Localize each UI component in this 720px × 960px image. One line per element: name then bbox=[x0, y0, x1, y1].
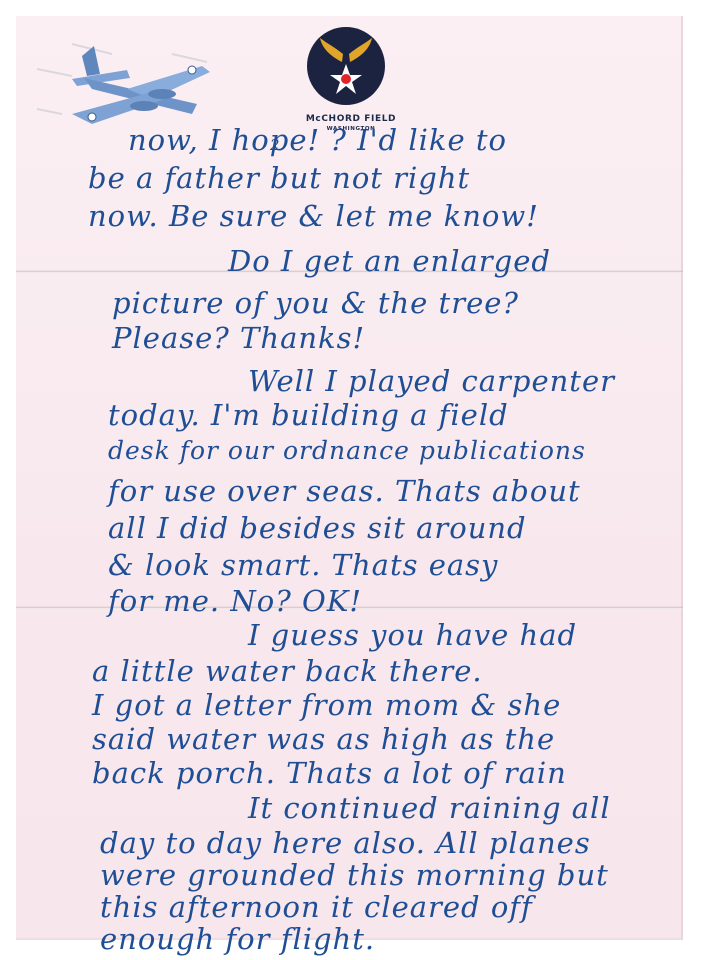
handwritten-line: picture of you & the tree? bbox=[112, 286, 519, 320]
handwritten-line: today. I'm building a field bbox=[108, 398, 509, 432]
handwritten-line: for me. No? OK! bbox=[108, 584, 362, 618]
handwritten-line: day to day here also. All planes bbox=[100, 826, 591, 860]
handwritten-line: a little water back there. bbox=[92, 654, 483, 688]
handwritten-line: Please? Thanks! bbox=[112, 321, 365, 355]
b17-bomber-icon bbox=[32, 34, 222, 129]
air-forces-emblem-icon bbox=[306, 26, 386, 106]
handwritten-line: I got a letter from mom & she bbox=[92, 688, 561, 722]
handwritten-line: this afternoon it cleared off bbox=[100, 890, 533, 924]
handwritten-line: It continued raining all bbox=[248, 791, 611, 825]
handwritten-line: back porch. Thats a lot of rain bbox=[92, 756, 567, 790]
handwritten-line: for use over seas. Thats about bbox=[108, 474, 581, 508]
handwritten-line: enough for flight. bbox=[100, 922, 375, 956]
handwritten-line: I guess you have had bbox=[248, 618, 577, 652]
handwritten-line: said water was as high as the bbox=[92, 722, 555, 756]
letter-paper: McCHORD FIELD WASHINGTON 2. now, I hope!… bbox=[16, 16, 683, 940]
handwritten-line: were grounded this morning but bbox=[100, 858, 609, 892]
handwritten-line: now. Be sure & let me know! bbox=[88, 199, 539, 233]
handwritten-line: & look smart. Thats easy bbox=[108, 548, 498, 582]
handwritten-line: Well I played carpenter bbox=[248, 364, 615, 398]
handwritten-line: now, I hope! ? I'd like to bbox=[128, 123, 507, 157]
handwritten-line: desk for our ordnance publications bbox=[108, 436, 586, 465]
handwritten-line: all I did besides sit around bbox=[108, 511, 527, 545]
handwritten-line: be a father but not right bbox=[88, 161, 470, 195]
handwritten-line: Do I get an enlarged bbox=[228, 244, 551, 278]
